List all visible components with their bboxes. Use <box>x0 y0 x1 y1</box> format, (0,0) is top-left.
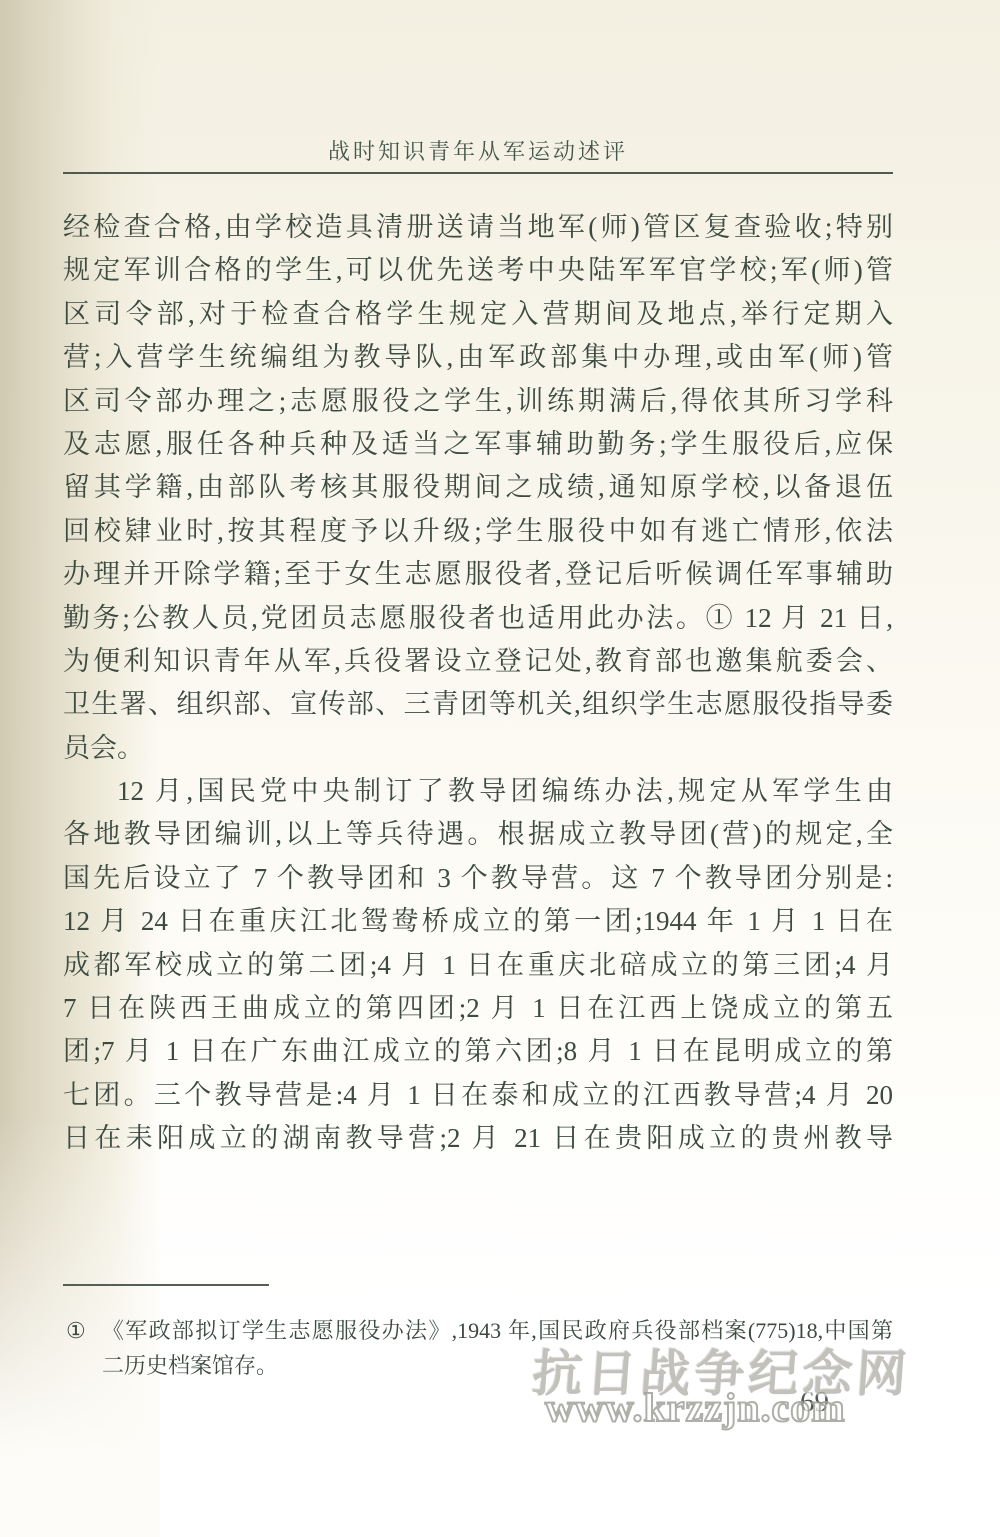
footnote-separator <box>63 1284 269 1286</box>
text-line: 员会。 <box>63 727 893 770</box>
footnote-line-1: 《军政部拟订学生志愿服役办法》,1943 年,国民政府兵役部档案(775)18,… <box>102 1313 893 1348</box>
text-line: 经检查合格,由学校造具清册送请当地军(师)管区复查验收;特别 <box>63 206 893 249</box>
footnote-marker: ① <box>66 1313 86 1348</box>
text-line: 日在耒阳成立的湖南教导营;2 月 21 日在贵阳成立的贵州教导 <box>63 1117 893 1160</box>
text-line: 区司令部办理之;志愿服役之学生,训练期满后,得依其所习学科 <box>63 380 893 423</box>
paragraph-1: 经检查合格,由学校造具清册送请当地军(师)管区复查验收;特别规定军训合格的学生,… <box>63 206 893 770</box>
text-line: 及志愿,服任各种兵种及适当之军事辅助勤务;学生服役后,应保 <box>63 423 893 466</box>
text-line: 七团。三个教导营是:4 月 1 日在泰和成立的江西教导营;4 月 20 <box>63 1074 893 1117</box>
text-line: 营;入营学生统编组为教导队,由军政部集中办理,或由军(师)管 <box>63 336 893 379</box>
footnote: ① 《军政部拟订学生志愿服役办法》,1943 年,国民政府兵役部档案(775)1… <box>63 1313 893 1383</box>
scanned-book-page: 战时知识青年从军运动述评 经检查合格,由学校造具清册送请当地军(师)管区复查验收… <box>0 0 1000 1537</box>
footnote-line-2: 二历史档案馆存。 <box>102 1348 893 1383</box>
header-rule <box>63 172 893 174</box>
page-number: 69 <box>800 1386 829 1419</box>
text-line: 区司令部,对于检查合格学生规定入营期间及地点,举行定期入 <box>63 293 893 336</box>
text-line: 成都军校成立的第二团;4 月 1 日在重庆北碚成立的第三团;4 月 <box>63 944 893 987</box>
text-line: 办理并开除学籍;至于女生志愿服役者,登记后听候调任军事辅助 <box>63 553 893 596</box>
text-line: 7 日在陕西王曲成立的第四团;2 月 1 日在江西上饶成立的第五 <box>63 987 893 1030</box>
text-line: 12 月 24 日在重庆江北鸳鸯桥成立的第一团;1944 年 1 月 1 日在 <box>63 900 893 943</box>
text-line: 留其学籍,由部队考核其服役期间之成绩,通知原学校,以备退伍 <box>63 466 893 509</box>
running-head-title: 战时知识青年从军运动述评 <box>63 135 893 166</box>
text-line: 为便利知识青年从军,兵役署设立登记处,教育部也邀集航委会、 <box>63 640 893 683</box>
text-line: 团;7 月 1 日在广东曲江成立的第六团;8 月 1 日在昆明成立的第 <box>63 1030 893 1073</box>
text-line: 规定军训合格的学生,可以优先送考中央陆军军官学校;军(师)管 <box>63 249 893 292</box>
text-line: 勤务;公教人员,党团员志愿服役者也适用此办法。① 12 月 21 日, <box>63 597 893 640</box>
body-text: 经检查合格,由学校造具清册送请当地军(师)管区复查验收;特别规定军训合格的学生,… <box>63 206 893 1161</box>
paragraph-2: 12 月,国民党中央制订了教导团编练办法,规定从军学生由各地教导团编训,以上等兵… <box>63 770 893 1161</box>
footnote-item: ① 《军政部拟订学生志愿服役办法》,1943 年,国民政府兵役部档案(775)1… <box>63 1313 893 1383</box>
text-line: 12 月,国民党中央制订了教导团编练办法,规定从军学生由 <box>63 770 893 813</box>
text-line: 国先后设立了 7 个教导团和 3 个教导营。这 7 个教导团分别是: <box>63 857 893 900</box>
text-line: 卫生署、组织部、宣传部、三青团等机关,组织学生志愿服役指导委 <box>63 683 893 726</box>
text-line: 回校肄业时,按其程度予以升级;学生服役中如有逃亡情形,依法 <box>63 510 893 553</box>
text-line: 各地教导团编训,以上等兵待遇。根据成立教导团(营)的规定,全 <box>63 813 893 856</box>
